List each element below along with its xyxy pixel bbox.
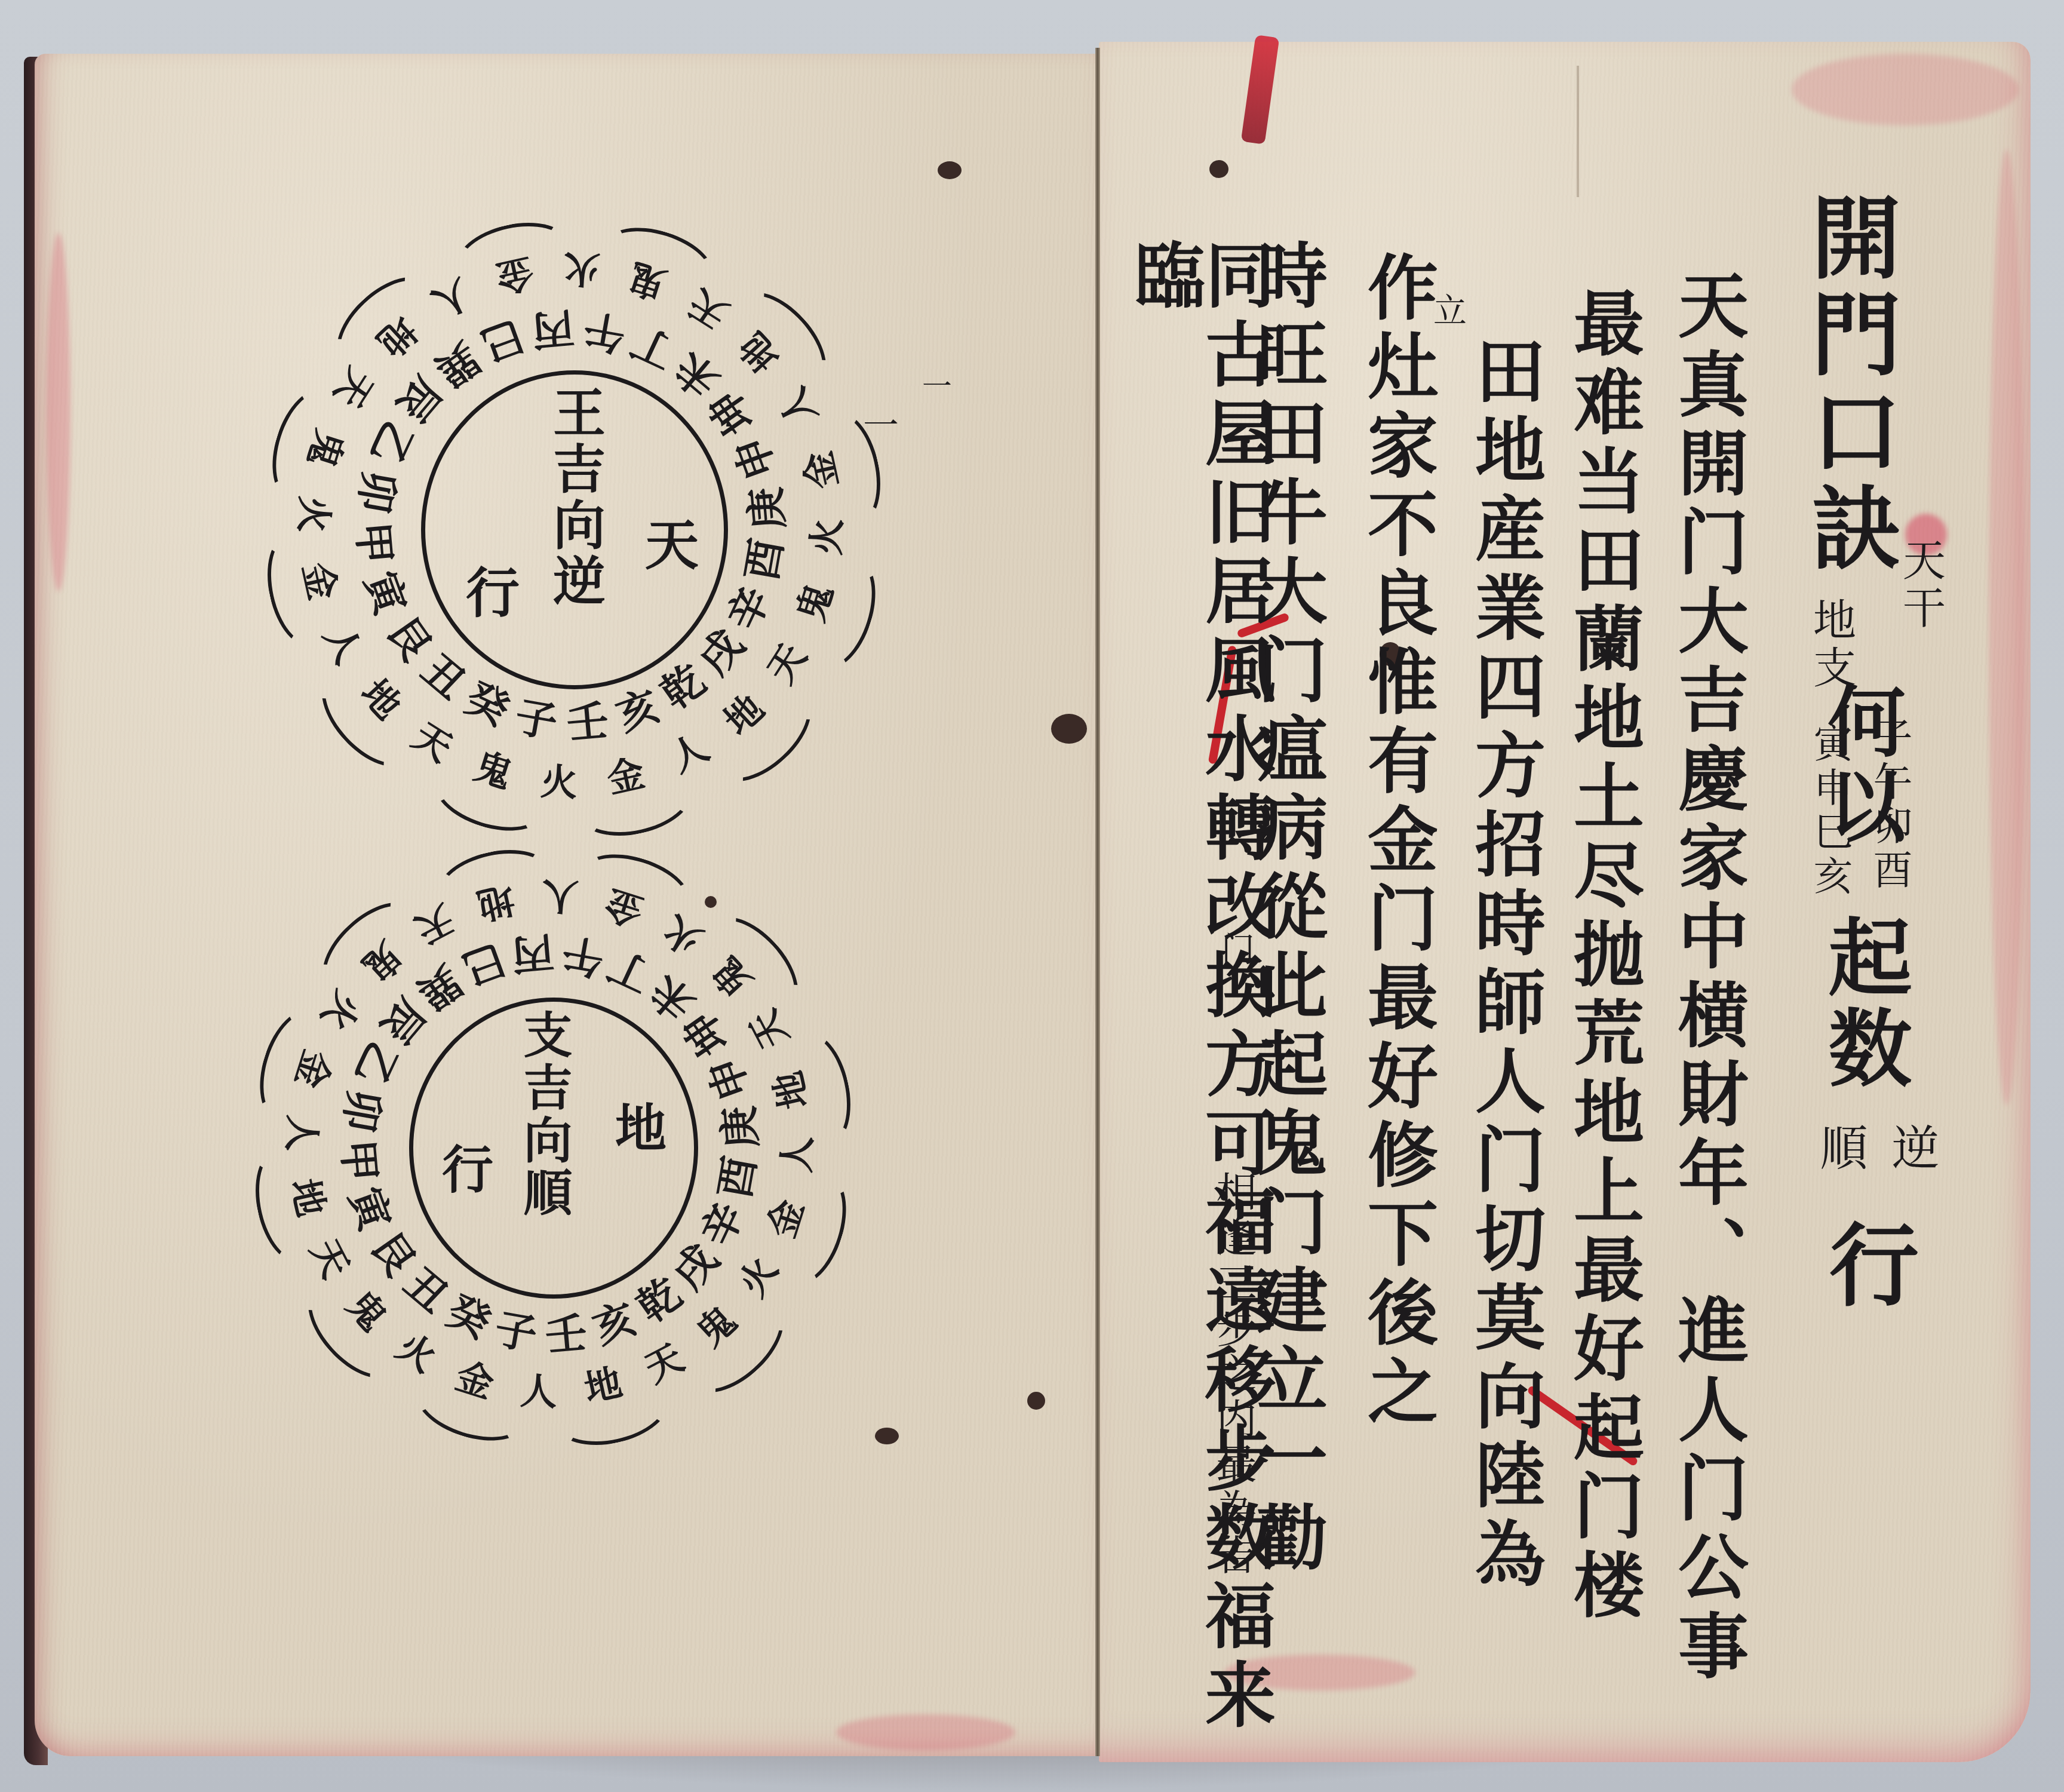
text-column-2: 最难当田蘭地土尽抛荒地上最好起门楼 bbox=[1568, 287, 1638, 1627]
ring-inner-char: 庚 bbox=[741, 483, 793, 535]
worm-hole bbox=[938, 161, 962, 179]
red-bottom-stain bbox=[836, 1714, 1015, 1750]
heading-annotation-yin-shen: 寅申巳亥 bbox=[1810, 723, 1849, 900]
ring-outer-char: 火 bbox=[535, 757, 584, 807]
earthly-branches-diagram: 支吉向順 地 行 子癸丑艮寅甲卯乙辰巽巳丙午丁未坤申庚酉辛戌乾亥壬金火鬼天地人金… bbox=[281, 926, 938, 1553]
ring-inner-char: 卯 bbox=[349, 464, 404, 519]
scallop-border bbox=[291, 1268, 414, 1394]
annotation-shun: 順 bbox=[1816, 1123, 1863, 1176]
ring-inner-char: 甲 bbox=[348, 517, 400, 569]
ring-outer-char: 人 bbox=[535, 872, 585, 921]
worm-hole bbox=[1027, 1392, 1045, 1410]
diagram-center-left: 行 bbox=[466, 550, 520, 627]
diagram-center-right: 天 bbox=[645, 502, 699, 579]
ring-inner-char: 子 bbox=[508, 692, 564, 748]
ring-inner-char: 午 bbox=[577, 304, 632, 360]
red-edge-stain bbox=[47, 233, 70, 591]
ring-inner-char: 丙 bbox=[507, 928, 559, 980]
diagram-center-text: 支吉向順 bbox=[520, 1009, 569, 1220]
diagram-center-left: 行 bbox=[442, 1129, 493, 1203]
sub-column: 相逢三步之内最為吉 bbox=[1212, 1171, 1253, 1579]
text-column-1: 天真開门大吉慶家中横財年、進人门公事 bbox=[1672, 269, 1743, 1688]
annotation-men: 门 bbox=[1218, 932, 1252, 968]
ring-inner-char: 庚 bbox=[714, 1101, 766, 1153]
ring-outer-char: 火 bbox=[802, 512, 852, 561]
heading-end: 起数 bbox=[1822, 914, 1905, 1096]
book-gutter bbox=[1095, 48, 1100, 1756]
red-edge-stain bbox=[1792, 54, 2019, 125]
heading-annotation-zi-wu: 子午卯酉 bbox=[1869, 717, 1909, 894]
annotation-li: 立 bbox=[1430, 293, 1464, 329]
ring-outer-char: 火 bbox=[557, 244, 606, 294]
heading-final: 行 bbox=[1822, 1219, 1911, 1315]
text-column-3: 田地産業四方招時師人门切莫向陸為 bbox=[1469, 335, 1540, 1596]
ring-outer-char: 人 bbox=[772, 1130, 822, 1179]
ring-outer-char: 人 bbox=[514, 1367, 563, 1416]
title-annotation-dizhi: 地支 bbox=[1810, 597, 1853, 693]
annotation-ni: 逆 bbox=[1887, 1123, 1935, 1176]
ring-inner-char: 酉 bbox=[737, 532, 793, 588]
page-title: 開門口訣 bbox=[1804, 191, 1893, 578]
scallop-border bbox=[306, 656, 428, 781]
red-edge-stain bbox=[1989, 149, 2025, 1105]
ring-inner-char: 壬 bbox=[561, 696, 613, 748]
diagram-center-text: 王吉向逆 bbox=[549, 385, 602, 610]
ring-inner-char: 壬 bbox=[540, 1308, 592, 1360]
worm-hole bbox=[705, 896, 717, 908]
heavenly-stems-diagram: 王吉向逆 天 行 子癸丑艮寅甲卯乙辰巽巳丙午丁未坤申庚酉辛戌乾亥壬鬼天地人金火鬼… bbox=[287, 287, 944, 884]
ring-inner-char: 丙 bbox=[527, 303, 579, 355]
scallop-border bbox=[701, 675, 826, 797]
worm-hole bbox=[1209, 160, 1228, 178]
text-column-4: 作灶家不良惟有金门最好修下後之 bbox=[1362, 251, 1432, 1434]
ring-inner-char: 甲 bbox=[333, 1135, 385, 1187]
title-annotation-tiangan: 天干 bbox=[1899, 538, 1942, 633]
diagram-center-right: 地 bbox=[615, 1087, 666, 1161]
binding-hole bbox=[1051, 714, 1087, 744]
page-fold bbox=[1577, 66, 1579, 197]
scallop-border bbox=[674, 1287, 799, 1409]
